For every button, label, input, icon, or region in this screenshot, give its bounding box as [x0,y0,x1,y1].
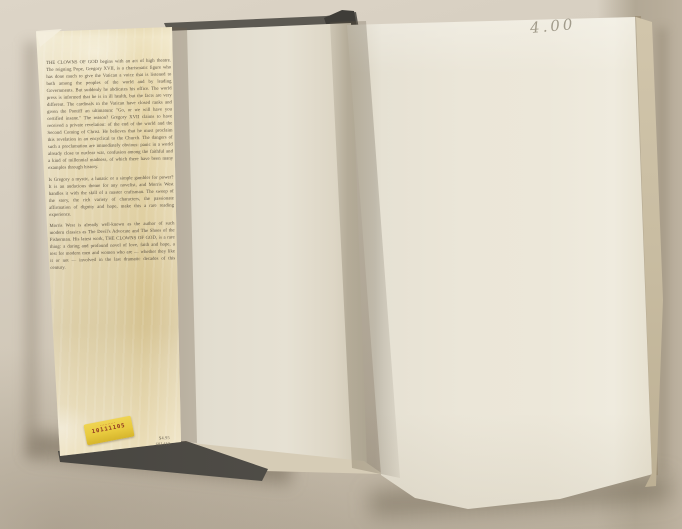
flap-blurb-paragraph: Morris West is already well-known as the… [49,221,175,273]
flap-blurb-paragraph: THE CLOWNS OF GOD begins with an act of … [46,57,173,172]
book-photo: THE CLOWNS OF GOD begins with an act of … [0,0,682,529]
flap-blurb-paragraph: Is Gregory a mystic, a lunatic or a simp… [48,174,174,219]
book-shadow-left-edge [25,42,38,458]
flap-blurb: THE CLOWNS OF GOD begins with an act of … [46,57,176,276]
